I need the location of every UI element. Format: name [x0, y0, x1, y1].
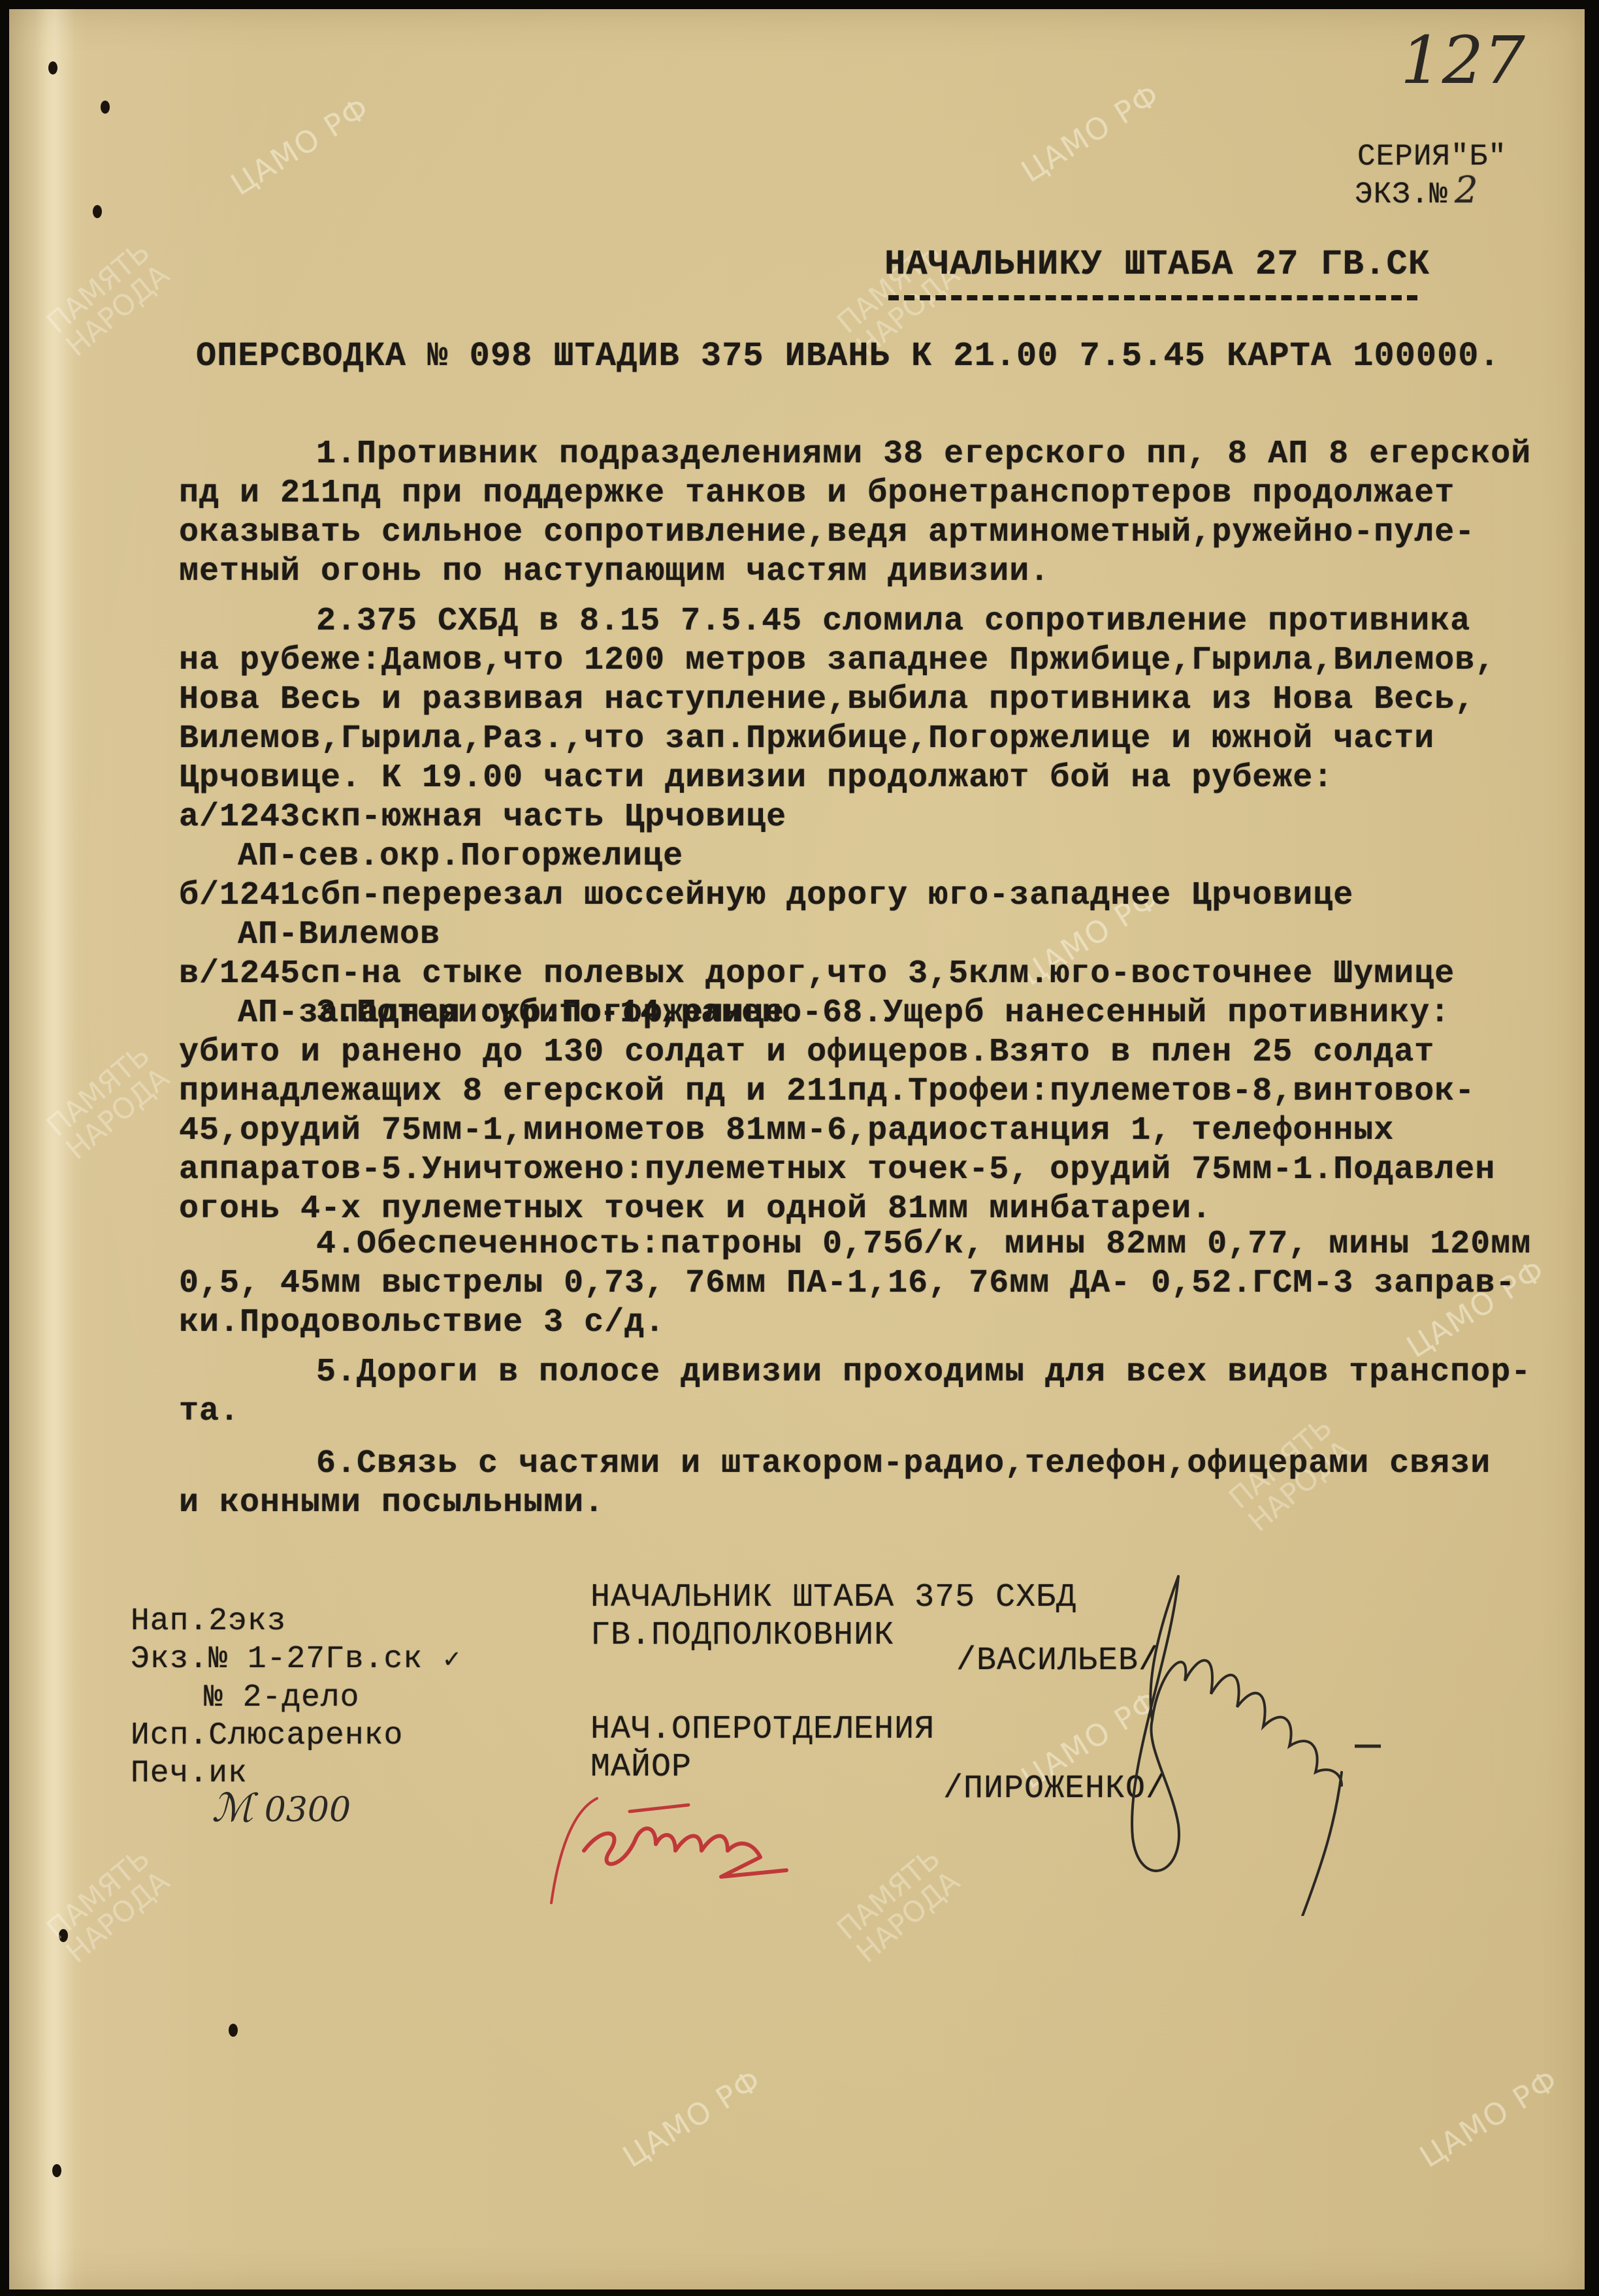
- binding-hole: [229, 2024, 238, 2037]
- watermark-archive: ЦАМО РФ: [617, 2062, 767, 2174]
- handwritten-reference: ℳ 0300: [212, 1785, 351, 1831]
- document-page: ЦАМО РФ ЦАМО РФ ЦАМО РФ ЦАМО РФ ЦАМО РФ …: [9, 9, 1585, 2289]
- watermark-archive: ЦАМО РФ: [1015, 76, 1166, 189]
- watermark-archive: ЦАМО РФ: [1413, 2062, 1564, 2174]
- page-number-handwritten: 127: [1400, 22, 1525, 99]
- distribution-block: Нап.2экз Экз.№ 1-27Гв.ск ✓ № 2-дело Исп.…: [131, 1602, 462, 1793]
- paragraph-1: 1.Противник подразделениями 38 егерского…: [179, 435, 1531, 592]
- document-title: ОПЕРСВОДКА № 098 ШТАДИВ 375 ИВАНЬ К 21.0…: [196, 337, 1500, 376]
- binding-hole: [48, 61, 57, 74]
- addressee-underline: [888, 295, 1417, 300]
- signature-red-pencil-icon: [525, 1772, 969, 1916]
- binding-hole: [52, 2164, 61, 2177]
- binding-hole: [93, 205, 102, 218]
- sub-item-c: в/1245сп-на стыке полевых дорог,что 3,5к…: [179, 955, 1455, 993]
- paragraph-3: 3.Потери:убито-14,ранено-68.Ущерб нанесе…: [179, 994, 1495, 1229]
- paragraph-2: 2.375 СХБД в 8.15 7.5.45 сломила сопроти…: [179, 602, 1495, 1033]
- paragraph-4: 4.Обеспеченность:патроны 0,75б/к, мины 8…: [179, 1225, 1531, 1343]
- paragraph-6: 6.Связь с частями и штакором-радио,телеф…: [179, 1444, 1491, 1523]
- sub-item-b: б/1241сбп-перерезал шоссейную дорогу юго…: [179, 877, 1353, 914]
- addressee: НАЧАЛЬНИКУ ШТАБА 27 ГВ.СК: [884, 246, 1430, 285]
- copy-number: ЭКЗ.№2: [1355, 174, 1479, 212]
- sub-item-a: а/1243скп-южная часть Црчовице: [179, 799, 786, 836]
- watermark-archive: ЦАМО РФ: [225, 89, 376, 202]
- signature-vasiliev-icon: [1080, 1550, 1538, 1916]
- paragraph-5: 5.Дороги в полосе дивизии проходимы для …: [179, 1353, 1531, 1431]
- binding-hole: [101, 101, 110, 114]
- series-label: СЕРИЯ"Б": [1357, 140, 1507, 174]
